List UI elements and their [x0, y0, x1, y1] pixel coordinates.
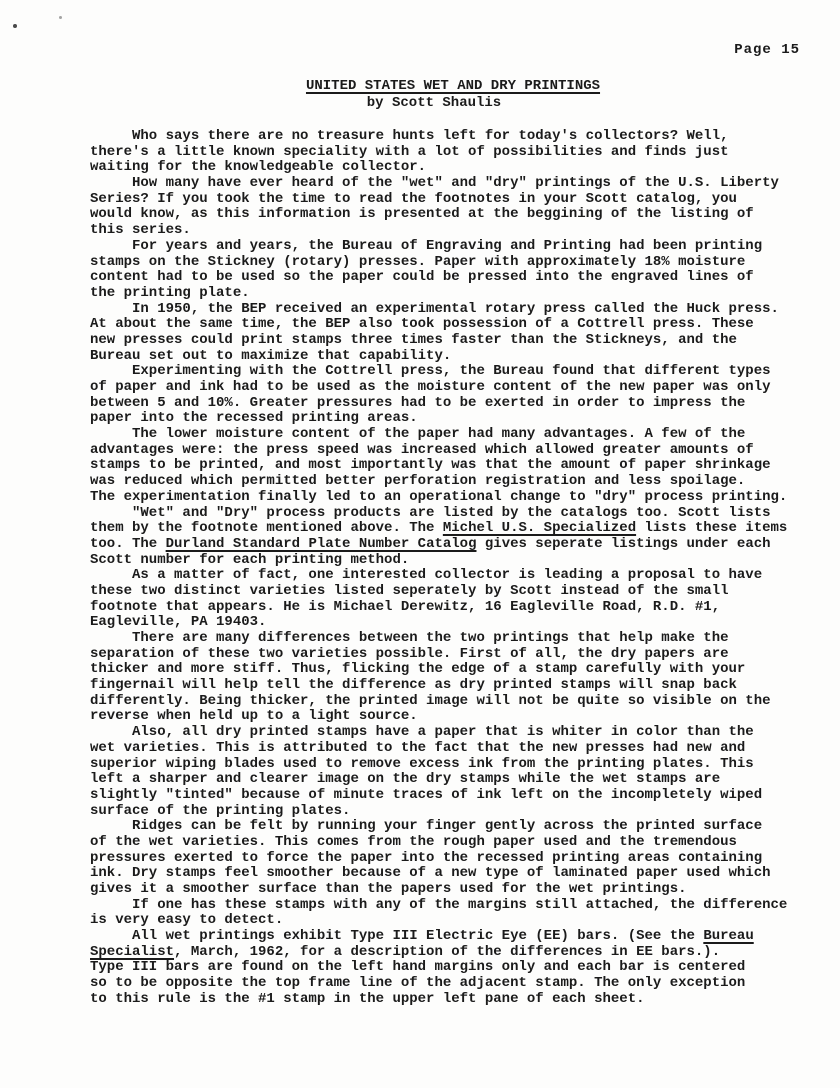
text-line: At about the same time, the BEP also too…	[90, 317, 787, 333]
underlined-phrase: Specialist	[90, 944, 174, 960]
text-line: paper into the recessed printing areas.	[90, 411, 787, 427]
paragraph: In 1950, the BEP received an experimenta…	[90, 302, 787, 365]
text-line: separation of these two varieties possib…	[90, 647, 787, 663]
text-line: There are many differences between the t…	[90, 631, 787, 647]
document-body: Who says there are no treasure hunts lef…	[90, 129, 787, 1008]
text-line: ink. Dry stamps feel smoother because of…	[90, 866, 787, 882]
text-line: Type III bars are found on the left hand…	[90, 960, 787, 976]
text-line: advantages were: the press speed was inc…	[90, 443, 787, 459]
paragraph: How many have ever heard of the "wet" an…	[90, 176, 787, 239]
page-number: Page 15	[734, 42, 800, 58]
text-line: reverse when held up to a light source.	[90, 709, 787, 725]
paragraph: Also, all dry printed stamps have a pape…	[90, 725, 787, 819]
text-line: In 1950, the BEP received an experimenta…	[90, 302, 787, 318]
text-line: Eagleville, PA 19403.	[90, 615, 787, 631]
text-line: footnote that appears. He is Michael Der…	[90, 600, 787, 616]
text-line: For years and years, the Bureau of Engra…	[90, 239, 787, 255]
document-byline: by Scott Shaulis	[28, 95, 840, 112]
text-line: this series.	[90, 223, 787, 239]
text-line: As a matter of fact, one interested coll…	[90, 568, 787, 584]
text-line: superior wiping blades used to remove ex…	[90, 757, 787, 773]
text-line: surface of the printing plates.	[90, 804, 787, 820]
text-line: differently. Being thicker, the printed …	[90, 694, 787, 710]
paragraph: "Wet" and "Dry" process products are lis…	[90, 506, 787, 569]
text-line: between 5 and 10%. Greater pressures had…	[90, 396, 787, 412]
text-line: "Wet" and "Dry" process products are lis…	[90, 506, 787, 522]
text-line: fingernail will help tell the difference…	[90, 678, 787, 694]
underlined-phrase: Bureau	[703, 928, 753, 944]
paragraph: Who says there are no treasure hunts lef…	[90, 129, 787, 176]
text-line: new presses could print stamps three tim…	[90, 333, 787, 349]
paragraph: As a matter of fact, one interested coll…	[90, 568, 787, 631]
text-line: so to be opposite the top frame line of …	[90, 976, 787, 992]
text-line: Specialist, March, 1962, for a descripti…	[90, 945, 787, 961]
text-line: Who says there are no treasure hunts lef…	[90, 129, 787, 145]
paragraph: All wet printings exhibit Type III Elect…	[90, 929, 787, 1007]
text-line: stamps to be printed, and most important…	[90, 458, 787, 474]
text-line: Experimenting with the Cottrell press, t…	[90, 364, 787, 380]
scan-speck	[13, 24, 17, 28]
text-line: is very easy to detect.	[90, 913, 787, 929]
text-line: slightly "tinted" because of minute trac…	[90, 788, 787, 804]
text-line: If one has these stamps with any of the …	[90, 898, 787, 914]
text-line: thicker and more stiff. Thus, flicking t…	[90, 662, 787, 678]
text-line: wet varieties. This is attributed to the…	[90, 741, 787, 757]
text-line: there's a little known speciality with a…	[90, 145, 787, 161]
underlined-phrase: Durland Standard Plate Number Catalog	[166, 536, 477, 552]
text-line: The experimentation finally led to an op…	[90, 490, 787, 506]
document-header: UNITED STATES WET AND DRY PRINTINGS by S…	[0, 78, 840, 111]
text-line: too. The Durland Standard Plate Number C…	[90, 537, 787, 553]
text-line: was reduced which permitted better perfo…	[90, 474, 787, 490]
paragraph: Experimenting with the Cottrell press, t…	[90, 364, 787, 427]
text-line: these two distinct varieties listed sepe…	[90, 584, 787, 600]
underlined-phrase: Michel U.S. Specialized	[443, 520, 636, 536]
text-line: Also, all dry printed stamps have a pape…	[90, 725, 787, 741]
text-line: Scott number for each printing method.	[90, 553, 787, 569]
text-line: Ridges can be felt by running your finge…	[90, 819, 787, 835]
text-line: the printing plate.	[90, 286, 787, 302]
text-line: The lower moisture content of the paper …	[90, 427, 787, 443]
text-line: them by the footnote mentioned above. Th…	[90, 521, 787, 537]
text-line: left a sharper and clearer image on the …	[90, 772, 787, 788]
text-line: to this rule is the #1 stamp in the uppe…	[90, 992, 787, 1008]
text-line: stamps on the Stickney (rotary) presses.…	[90, 255, 787, 271]
paragraph: The lower moisture content of the paper …	[90, 427, 787, 505]
text-line: of paper and ink had to be used as the m…	[90, 380, 787, 396]
text-line: Bureau set out to maximize that capabili…	[90, 349, 787, 365]
text-line: content had to be used so the paper coul…	[90, 270, 787, 286]
scanned-document-page: Page 15 UNITED STATES WET AND DRY PRINTI…	[0, 0, 840, 1088]
paragraph: There are many differences between the t…	[90, 631, 787, 725]
text-line: How many have ever heard of the "wet" an…	[90, 176, 787, 192]
document-title: UNITED STATES WET AND DRY PRINTINGS	[306, 78, 600, 95]
text-line: All wet printings exhibit Type III Elect…	[90, 929, 787, 945]
text-line: waiting for the knowledgeable collector.	[90, 160, 787, 176]
scan-speck	[59, 16, 62, 19]
text-line: would know, as this information is prese…	[90, 207, 787, 223]
text-line: gives it a smoother surface than the pap…	[90, 882, 787, 898]
text-line: Series? If you took the time to read the…	[90, 192, 787, 208]
paragraph: Ridges can be felt by running your finge…	[90, 819, 787, 897]
paragraph: If one has these stamps with any of the …	[90, 898, 787, 929]
text-line: pressures exerted to force the paper int…	[90, 851, 787, 867]
text-line: of the wet varieties. This comes from th…	[90, 835, 787, 851]
paragraph: For years and years, the Bureau of Engra…	[90, 239, 787, 302]
